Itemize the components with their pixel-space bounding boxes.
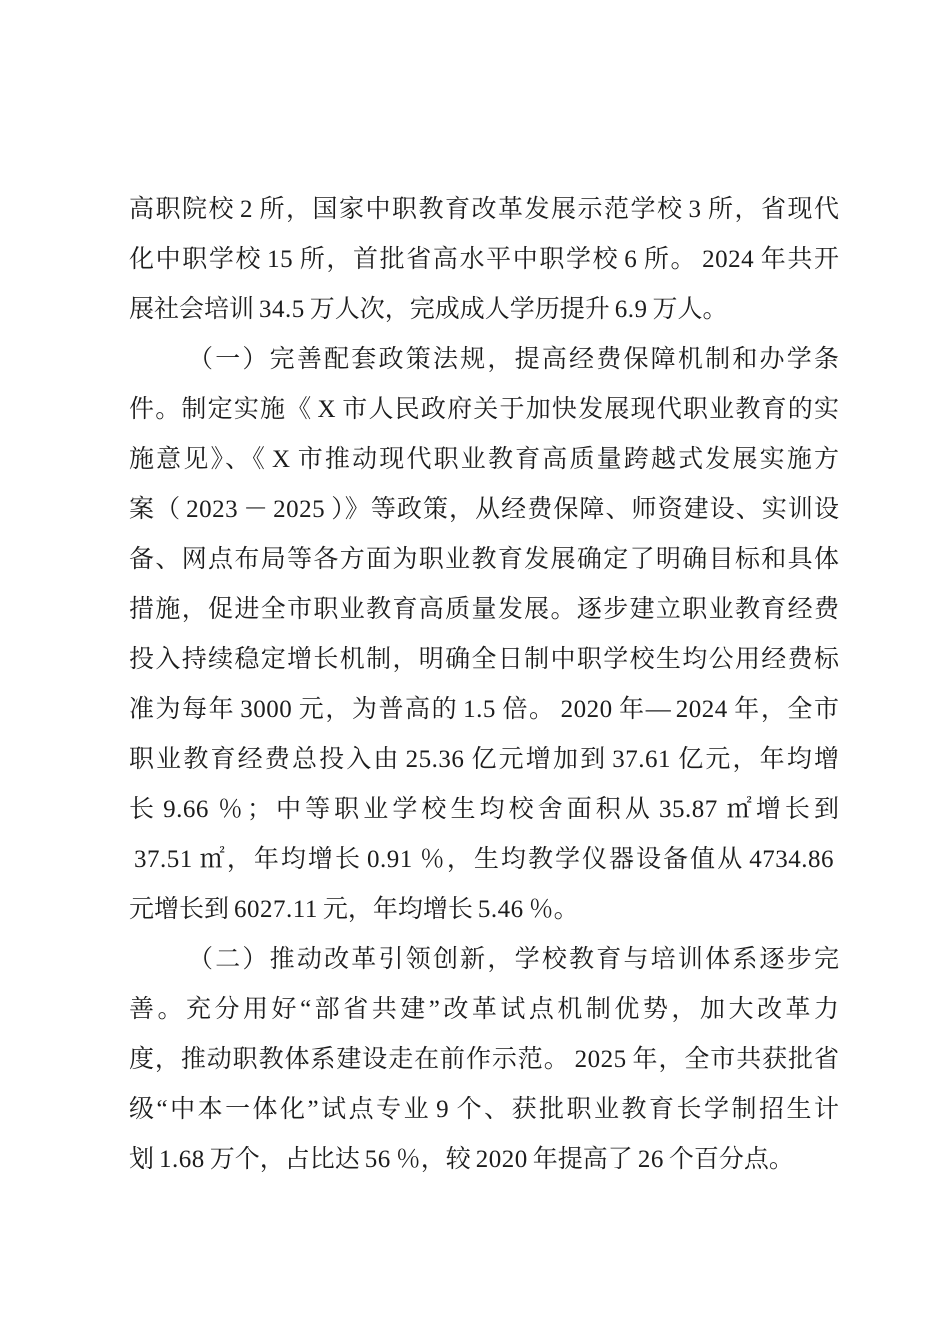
numeric-text: 25.36 bbox=[406, 746, 465, 773]
section-one-paragraph: （一）完善配套政策法规，提高经费保障机制和办学条件。制定实施《X市人民政府关于加… bbox=[129, 335, 839, 935]
text-line-p2-11: 37.51㎡，年均增长0.91％，生均教学仪器设备值从4734.86 bbox=[129, 835, 839, 885]
numeric-text: 2024 bbox=[676, 696, 728, 723]
text-line-p3-2: 善。充分用好“部省共建”改革试点机制优势，加大改革力 bbox=[129, 985, 839, 1035]
numeric-text: 1.5 bbox=[463, 696, 496, 723]
numeric-text: X bbox=[272, 446, 291, 473]
document-page: 高职院校2所，国家中职教育改革发展示范学校3所，省现代化中职学校15所，首批省高… bbox=[0, 0, 950, 1344]
text-line-p2-5: 备、网点布局等各方面为职业教育发展确定了明确目标和具体 bbox=[129, 535, 839, 585]
numeric-text: 1.68 bbox=[159, 1146, 205, 1173]
text-line-p1-3: 展社会培训34.5万人次，完成成人学历提升6.9万人。 bbox=[129, 285, 839, 335]
numeric-text: 3 bbox=[688, 196, 701, 223]
numeric-text: 2020 bbox=[476, 1146, 528, 1173]
numeric-text: 37.61 bbox=[612, 746, 671, 773]
numeric-text: 6.9 bbox=[615, 296, 648, 323]
numeric-text: 2 bbox=[240, 196, 253, 223]
text-line-p2-7: 投入持续稳定增长机制，明确全日制中职学校生均公用经费标 bbox=[129, 635, 839, 685]
text-line-p2-10: 长9.66％；中等职业学校生均校舍面积从35.87㎡增长到 bbox=[129, 785, 839, 835]
numeric-text: 37.51 bbox=[134, 846, 193, 873]
text-line-p3-4: 级“中本一体化”试点专业9个、获批职业教育长学制招生计 bbox=[129, 1085, 839, 1135]
numeric-text: 2025 bbox=[575, 1046, 627, 1073]
text-line-p1-2: 化中职学校15所，首批省高水平中职学校6所。2024年共开 bbox=[129, 235, 839, 285]
section-two-paragraph: （二）推动改革引领创新，学校教育与培训体系逐步完善。充分用好“部省共建”改革试点… bbox=[129, 935, 839, 1185]
text-line-p3-3: 度，推动职教体系建设走在前作示范。2025年，全市共获批省 bbox=[129, 1035, 839, 1085]
text-line-p3-1: （二）推动改革引领创新，学校教育与培训体系逐步完 bbox=[129, 935, 839, 985]
numeric-text: 2024 bbox=[702, 246, 754, 273]
numeric-text: 2023 bbox=[186, 496, 238, 523]
numeric-text: 34.5 bbox=[259, 296, 305, 323]
text-line-p2-8: 准为每年3000元，为普高的1.5倍。2020年—2024年，全市 bbox=[129, 685, 839, 735]
numeric-text: X bbox=[317, 396, 336, 423]
numeric-text: 4734.86 bbox=[749, 846, 834, 873]
numeric-text: 6027.11 bbox=[234, 896, 318, 923]
text-line-p2-4: 案（2023－2025）》等政策，从经费保障、师资建设、实训设 bbox=[129, 485, 839, 535]
numeric-text: 2020 bbox=[561, 696, 613, 723]
opening-continuation-paragraph: 高职院校2所，国家中职教育改革发展示范学校3所，省现代化中职学校15所，首批省高… bbox=[129, 185, 839, 335]
numeric-text: 15 bbox=[267, 246, 293, 273]
numeric-text: 56 bbox=[365, 1146, 391, 1173]
document-body: 高职院校2所，国家中职教育改革发展示范学校3所，省现代化中职学校15所，首批省高… bbox=[129, 185, 839, 1185]
numeric-text: 2025 bbox=[273, 496, 325, 523]
text-line-p2-6: 措施，促进全市职业教育高质量发展。逐步建立职业教育经费 bbox=[129, 585, 839, 635]
text-line-p2-1: （一）完善配套政策法规，提高经费保障机制和办学条 bbox=[129, 335, 839, 385]
numeric-text: 9 bbox=[436, 1096, 449, 1123]
text-line-p3-5: 划1.68万个，占比达56％，较2020年提高了26个百分点。 bbox=[129, 1135, 839, 1185]
numeric-text: 26 bbox=[638, 1146, 664, 1173]
numeric-text: 9.66 bbox=[163, 796, 209, 823]
text-line-p2-9: 职业教育经费总投入由25.36亿元增加到37.61亿元，年均增 bbox=[129, 735, 839, 785]
numeric-text: 5.46 bbox=[478, 896, 524, 923]
numeric-text: 35.87 bbox=[659, 796, 718, 823]
numeric-text: 3000 bbox=[240, 696, 292, 723]
text-line-p2-3: 施意见》、《X市推动现代职业教育高质量跨越式发展实施方 bbox=[129, 435, 839, 485]
text-line-p2-2: 件。制定实施《X市人民政府关于加快发展现代职业教育的实 bbox=[129, 385, 839, 435]
text-line-p1-1: 高职院校2所，国家中职教育改革发展示范学校3所，省现代 bbox=[129, 185, 839, 235]
text-line-p2-12: 元增长到6027.11元，年均增长5.46％。 bbox=[129, 885, 839, 935]
numeric-text: 6 bbox=[624, 246, 637, 273]
numeric-text: 0.91 bbox=[367, 846, 413, 873]
